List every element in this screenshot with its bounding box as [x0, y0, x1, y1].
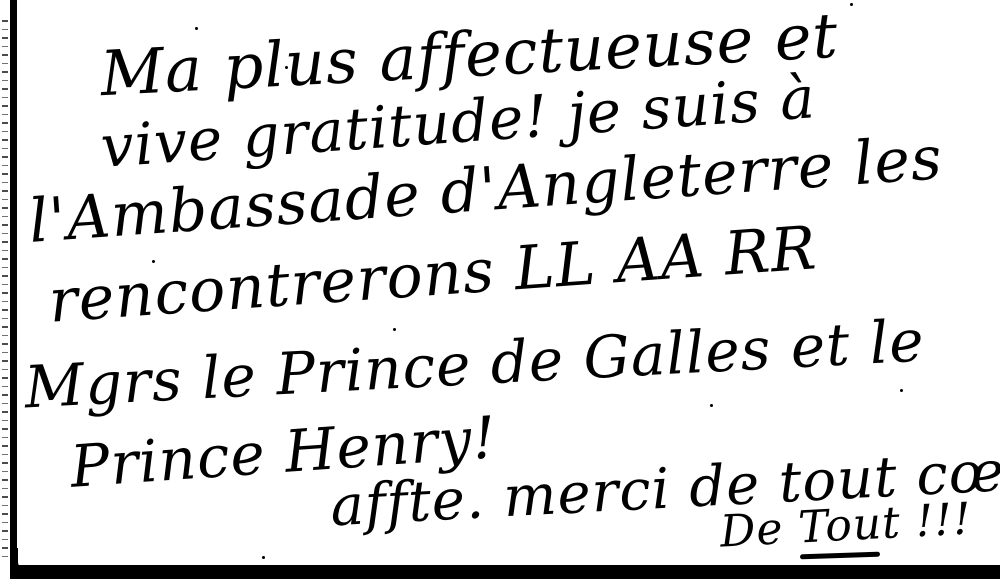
ink-speck — [710, 404, 713, 407]
bottom-border — [10, 565, 1000, 579]
ink-speck — [152, 260, 155, 263]
ink-speck — [195, 27, 198, 30]
ink-speck — [285, 66, 288, 69]
left-edge-scan-fringe — [2, 20, 8, 560]
rounded-corner — [14, 548, 38, 572]
ink-speck — [900, 389, 903, 392]
handwritten-letter-page: Ma plus affectueuse et vive gratitude! j… — [0, 0, 1000, 579]
left-border — [10, 0, 17, 570]
ink-speck — [393, 328, 396, 331]
ink-speck — [262, 556, 265, 559]
ink-speck — [850, 3, 853, 6]
